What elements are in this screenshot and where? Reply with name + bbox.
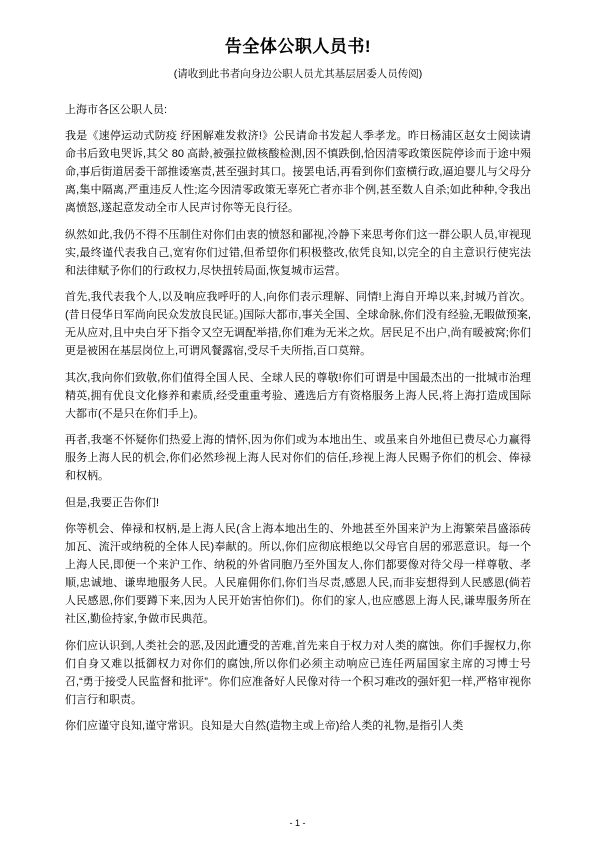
body-paragraph: 我是《速停运动式防疫 纾困解难发救济!》公民请命书发起人季孝龙。昨日杨浦区赵女士… <box>65 127 531 217</box>
body-paragraph: 其次,我向你们致敬,你们值得全国人民、全球人民的尊敬!你们可谓是中国最杰出的一批… <box>65 369 531 423</box>
body-paragraph: 你们应谨守良知,谨守常识。良知是大自然(造物主或上帝)给人类的礼物,是指引人类 <box>65 717 531 735</box>
body-paragraph: 纵然如此,我仍不得不压制住对你们由衷的愤怒和鄙视,冷静下来思考你们这一群公职人员… <box>65 226 531 280</box>
page-number: - 1 - <box>0 818 595 828</box>
body-paragraph: 再者,我毫不怀疑你们热爱上海的情怀,因为你们或为本地出生、或虽来自外地但已费尽心… <box>65 431 531 485</box>
document-body: 我是《速停运动式防疫 纾困解难发救济!》公民请命书发起人季孝龙。昨日杨浦区赵女士… <box>65 127 531 735</box>
document-subtitle: (请收到此书者向身边公职人员尤其基层居委人员传阅) <box>65 67 531 81</box>
body-paragraph: 你们应认识到,人类社会的恶,及因此遭受的苦难,首先来自于权力对人类的腐蚀。你们手… <box>65 637 531 709</box>
body-paragraph: 但是,我要正告你们! <box>65 494 531 512</box>
document-title: 告全体公职人员书! <box>65 36 531 58</box>
salutation: 上海市各区公职人员: <box>65 101 531 119</box>
document-page: 告全体公职人员书! (请收到此书者向身边公职人员尤其基层居委人员传阅) 上海市各… <box>0 0 595 842</box>
body-paragraph: 你等机会、俸禄和权柄,是上海人民(含上海本地出生的、外地甚至外国来沪为上海繁荣昌… <box>65 520 531 628</box>
body-paragraph: 首先,我代表我个人,以及响应我呼吁的人,向你们表示理解、同情!上海自开埠以来,封… <box>65 288 531 360</box>
